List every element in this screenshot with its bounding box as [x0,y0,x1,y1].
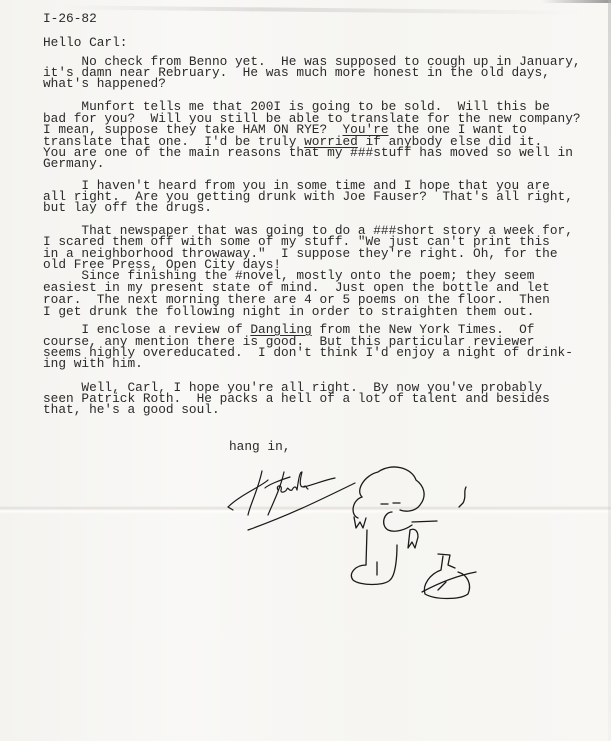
signature-and-sketch [0,0,611,741]
sketch-figure [351,467,476,599]
signature-hank [228,471,355,530]
